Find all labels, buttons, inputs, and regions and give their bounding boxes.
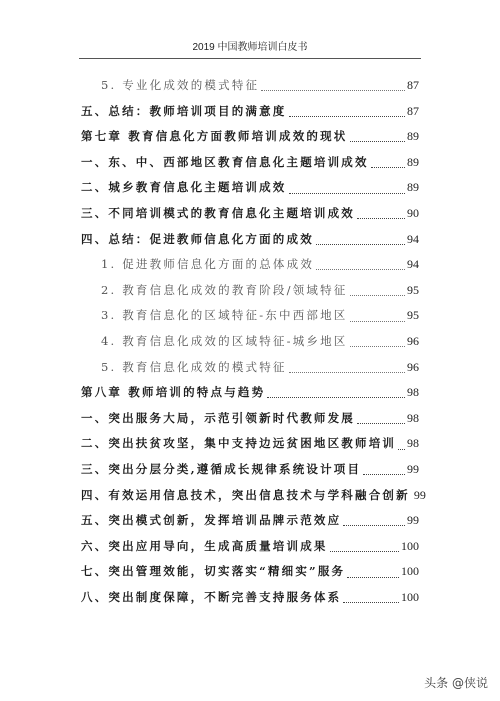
toc-entry-page-number: 89 xyxy=(407,150,419,176)
toc-entry-page-number: 100 xyxy=(401,559,419,585)
toc-entry-section[interactable]: 四、总结：促进教师信息化方面的成效94 xyxy=(81,227,419,253)
toc-entry-label: 2. 教育信息化成效的教育阶段/领域特征 xyxy=(101,278,348,304)
dot-leader xyxy=(343,525,405,526)
toc-entry-label: 四、有效运用信息技术，突出信息技术与学科融合创新 xyxy=(81,483,410,509)
toc-entry-label: 三、不同培训模式的教育信息化主题培训成效 xyxy=(81,201,355,227)
dot-leader xyxy=(330,551,399,552)
toc-entry-subsection[interactable]: 3. 教育信息化的区域特征-东中西部地区95 xyxy=(81,303,419,329)
toc-entry-section[interactable]: 三、不同培训模式的教育信息化主题培训成效90 xyxy=(81,201,419,227)
dot-leader xyxy=(289,193,406,194)
toc-entry-section[interactable]: 七、突出管理效能，切实落实“精细实”服务100 xyxy=(81,559,419,585)
toc-entry-section[interactable]: 第八章 教师培训的特点与趋势98 xyxy=(81,380,419,406)
dot-leader xyxy=(357,218,405,219)
toc-entry-page-number: 98 xyxy=(407,431,419,457)
toc-entry-label: 5. 教育信息化成效的模式特征 xyxy=(101,355,287,381)
toc-entry-page-number: 87 xyxy=(407,99,419,125)
toc-entry-label: 六、突出应用导向，生成高质量培训成果 xyxy=(81,534,328,560)
toc-entry-label: 第八章 教师培训的特点与趋势 xyxy=(81,380,265,406)
toc-entry-label: 1. 促进教师信息化方面的总体成效 xyxy=(101,252,314,278)
toc-entry-page-number: 99 xyxy=(407,457,419,483)
dot-leader xyxy=(350,295,405,296)
toc-entry-label: 4. 教育信息化成效的区域特征-城乡地区 xyxy=(101,329,348,355)
toc-entry-label: 3. 教育信息化的区域特征-东中西部地区 xyxy=(101,303,348,329)
toc-entry-page-number: 98 xyxy=(407,380,419,406)
toc-entry-label: 一、东、中、西部地区教育信息化主题培训成效 xyxy=(81,150,369,176)
dot-leader xyxy=(350,141,405,142)
toc-entry-page-number: 95 xyxy=(407,278,419,304)
toc-entry-page-number: 95 xyxy=(407,303,419,329)
dot-leader xyxy=(347,577,399,578)
toc-entry-page-number: 96 xyxy=(407,355,419,381)
toc-entry-page-number: 87 xyxy=(407,73,419,99)
toc-entry-subsection[interactable]: 5. 专业化成效的模式特征87 xyxy=(81,73,419,99)
toc-entry-page-number: 94 xyxy=(407,227,419,253)
dot-leader xyxy=(363,474,405,475)
toc-entry-section[interactable]: 二、突出扶贫攻坚，集中支持边远贫困地区教师培训98 xyxy=(81,431,419,457)
toc-entry-section[interactable]: 八、突出制度保障，不断完善支持服务体系100 xyxy=(81,585,419,611)
toc-entry-section[interactable]: 三、突出分层分类,遵循成长规律系统设计项目99 xyxy=(81,457,419,483)
dot-leader xyxy=(343,602,399,603)
toc-entry-subsection[interactable]: 5. 教育信息化成效的模式特征96 xyxy=(81,355,419,381)
toc-entry-section[interactable]: 第七章 教育信息化方面教师培训成效的现状89 xyxy=(81,124,419,150)
toc-entry-label: 五、总结：教师培训项目的满意度 xyxy=(81,99,287,125)
dot-leader xyxy=(371,167,405,168)
toc-entry-page-number: 99 xyxy=(414,483,426,509)
toc-entry-label: 五、突出模式创新，发挥培训品牌示范效应 xyxy=(81,508,341,534)
dot-leader xyxy=(289,116,406,117)
toc-entry-page-number: 100 xyxy=(401,534,419,560)
toc-entry-section[interactable]: 五、总结：教师培训项目的满意度87 xyxy=(81,99,419,125)
dot-leader xyxy=(357,423,405,424)
toc-entry-subsection[interactable]: 2. 教育信息化成效的教育阶段/领域特征95 xyxy=(81,278,419,304)
toc-entry-section[interactable]: 一、突出服务大局，示范引领新时代教师发展98 xyxy=(81,406,419,432)
toc-entry-section[interactable]: 五、突出模式创新，发挥培训品牌示范效应99 xyxy=(81,508,419,534)
toc-entry-section[interactable]: 一、东、中、西部地区教育信息化主题培训成效89 xyxy=(81,150,419,176)
dot-leader xyxy=(350,346,405,347)
dot-leader xyxy=(316,244,405,245)
toc-entry-label: 二、城乡教育信息化主题培训成效 xyxy=(81,175,287,201)
table-of-contents: 5. 专业化成效的模式特征87五、总结：教师培训项目的满意度87第七章 教育信息… xyxy=(81,73,419,610)
toc-entry-label: 八、突出制度保障，不断完善支持服务体系 xyxy=(81,585,341,611)
dot-leader xyxy=(289,372,405,373)
toc-entry-page-number: 100 xyxy=(401,585,419,611)
dot-leader xyxy=(398,449,405,450)
page-header: 2019 中国教师培训白皮书 xyxy=(79,40,421,59)
toc-entry-page-number: 98 xyxy=(407,406,419,432)
toc-entry-page-number: 94 xyxy=(407,252,419,278)
toc-entry-page-number: 96 xyxy=(407,329,419,355)
toc-entry-subsection[interactable]: 1. 促进教师信息化方面的总体成效94 xyxy=(81,252,419,278)
dot-leader xyxy=(261,90,405,91)
toc-entry-label: 三、突出分层分类,遵循成长规律系统设计项目 xyxy=(81,457,361,483)
toc-entry-label: 5. 专业化成效的模式特征 xyxy=(101,73,259,99)
toc-entry-section[interactable]: 四、有效运用信息技术，突出信息技术与学科融合创新99 xyxy=(81,483,419,509)
toc-entry-label: 第七章 教育信息化方面教师培训成效的现状 xyxy=(81,124,348,150)
toc-entry-label: 一、突出服务大局，示范引领新时代教师发展 xyxy=(81,406,355,432)
watermark: 头条 @侠说 xyxy=(424,674,488,691)
toc-entry-page-number: 99 xyxy=(407,508,419,534)
toc-entry-label: 四、总结：促进教师信息化方面的成效 xyxy=(81,227,314,253)
dot-leader xyxy=(350,321,405,322)
header-title: 2019 中国教师培训白皮书 xyxy=(192,42,307,53)
dot-leader xyxy=(267,397,405,398)
toc-entry-page-number: 89 xyxy=(407,124,419,150)
toc-entry-label: 七、突出管理效能，切实落实“精细实”服务 xyxy=(81,559,345,585)
toc-entry-section[interactable]: 二、城乡教育信息化主题培训成效89 xyxy=(81,175,419,201)
toc-entry-page-number: 90 xyxy=(407,201,419,227)
toc-entry-subsection[interactable]: 4. 教育信息化成效的区域特征-城乡地区96 xyxy=(81,329,419,355)
toc-entry-page-number: 89 xyxy=(407,175,419,201)
toc-entry-label: 二、突出扶贫攻坚，集中支持边远贫困地区教师培训 xyxy=(81,431,396,457)
toc-entry-section[interactable]: 六、突出应用导向，生成高质量培训成果100 xyxy=(81,534,419,560)
dot-leader xyxy=(316,269,405,270)
